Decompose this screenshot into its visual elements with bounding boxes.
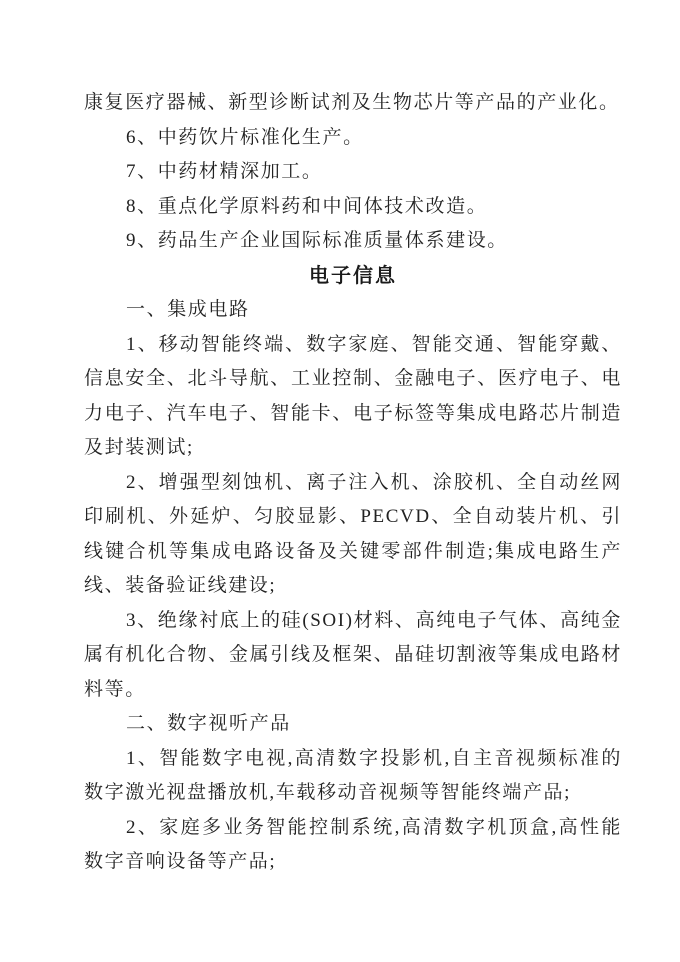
ic-list-item-3: 3、绝缘衬底上的硅(SOI)材料、高纯电子气体、高纯金属有机化合物、金属引线及框… <box>84 604 622 708</box>
ic-list-item-2: 2、增强型刻蚀机、离子注入机、涂胶机、全自动丝网印刷机、外延炉、匀胶显影、PEC… <box>84 466 622 604</box>
list-item-9: 9、药品生产企业国际标准质量体系建设。 <box>84 224 622 259</box>
document-content: 康复医疗器械、新型诊断试剂及生物芯片等产品的产业化。 6、中药饮片标准化生产。 … <box>84 86 622 880</box>
ic-list-item-1: 1、移动智能终端、数字家庭、智能交通、智能穿戴、信息安全、北斗导航、工业控制、金… <box>84 328 622 466</box>
section-heading-electronics: 电子信息 <box>84 259 622 294</box>
document-page: 康复医疗器械、新型诊断试剂及生物芯片等产品的产业化。 6、中药饮片标准化生产。 … <box>0 0 680 962</box>
list-item-8: 8、重点化学原料药和中间体技术改造。 <box>84 190 622 225</box>
subsection-heading-integrated-circuits: 一、集成电路 <box>84 293 622 328</box>
av-list-item-1: 1、智能数字电视,高清数字投影机,自主音视频标准的数字激光视盘播放机,车载移动音… <box>84 742 622 811</box>
paragraph-continuation: 康复医疗器械、新型诊断试剂及生物芯片等产品的产业化。 <box>84 86 622 121</box>
av-list-item-2: 2、家庭多业务智能控制系统,高清数字机顶盒,高性能数字音响设备等产品; <box>84 811 622 880</box>
list-item-7: 7、中药材精深加工。 <box>84 155 622 190</box>
list-item-6: 6、中药饮片标准化生产。 <box>84 121 622 156</box>
subsection-heading-digital-av: 二、数字视听产品 <box>84 707 622 742</box>
